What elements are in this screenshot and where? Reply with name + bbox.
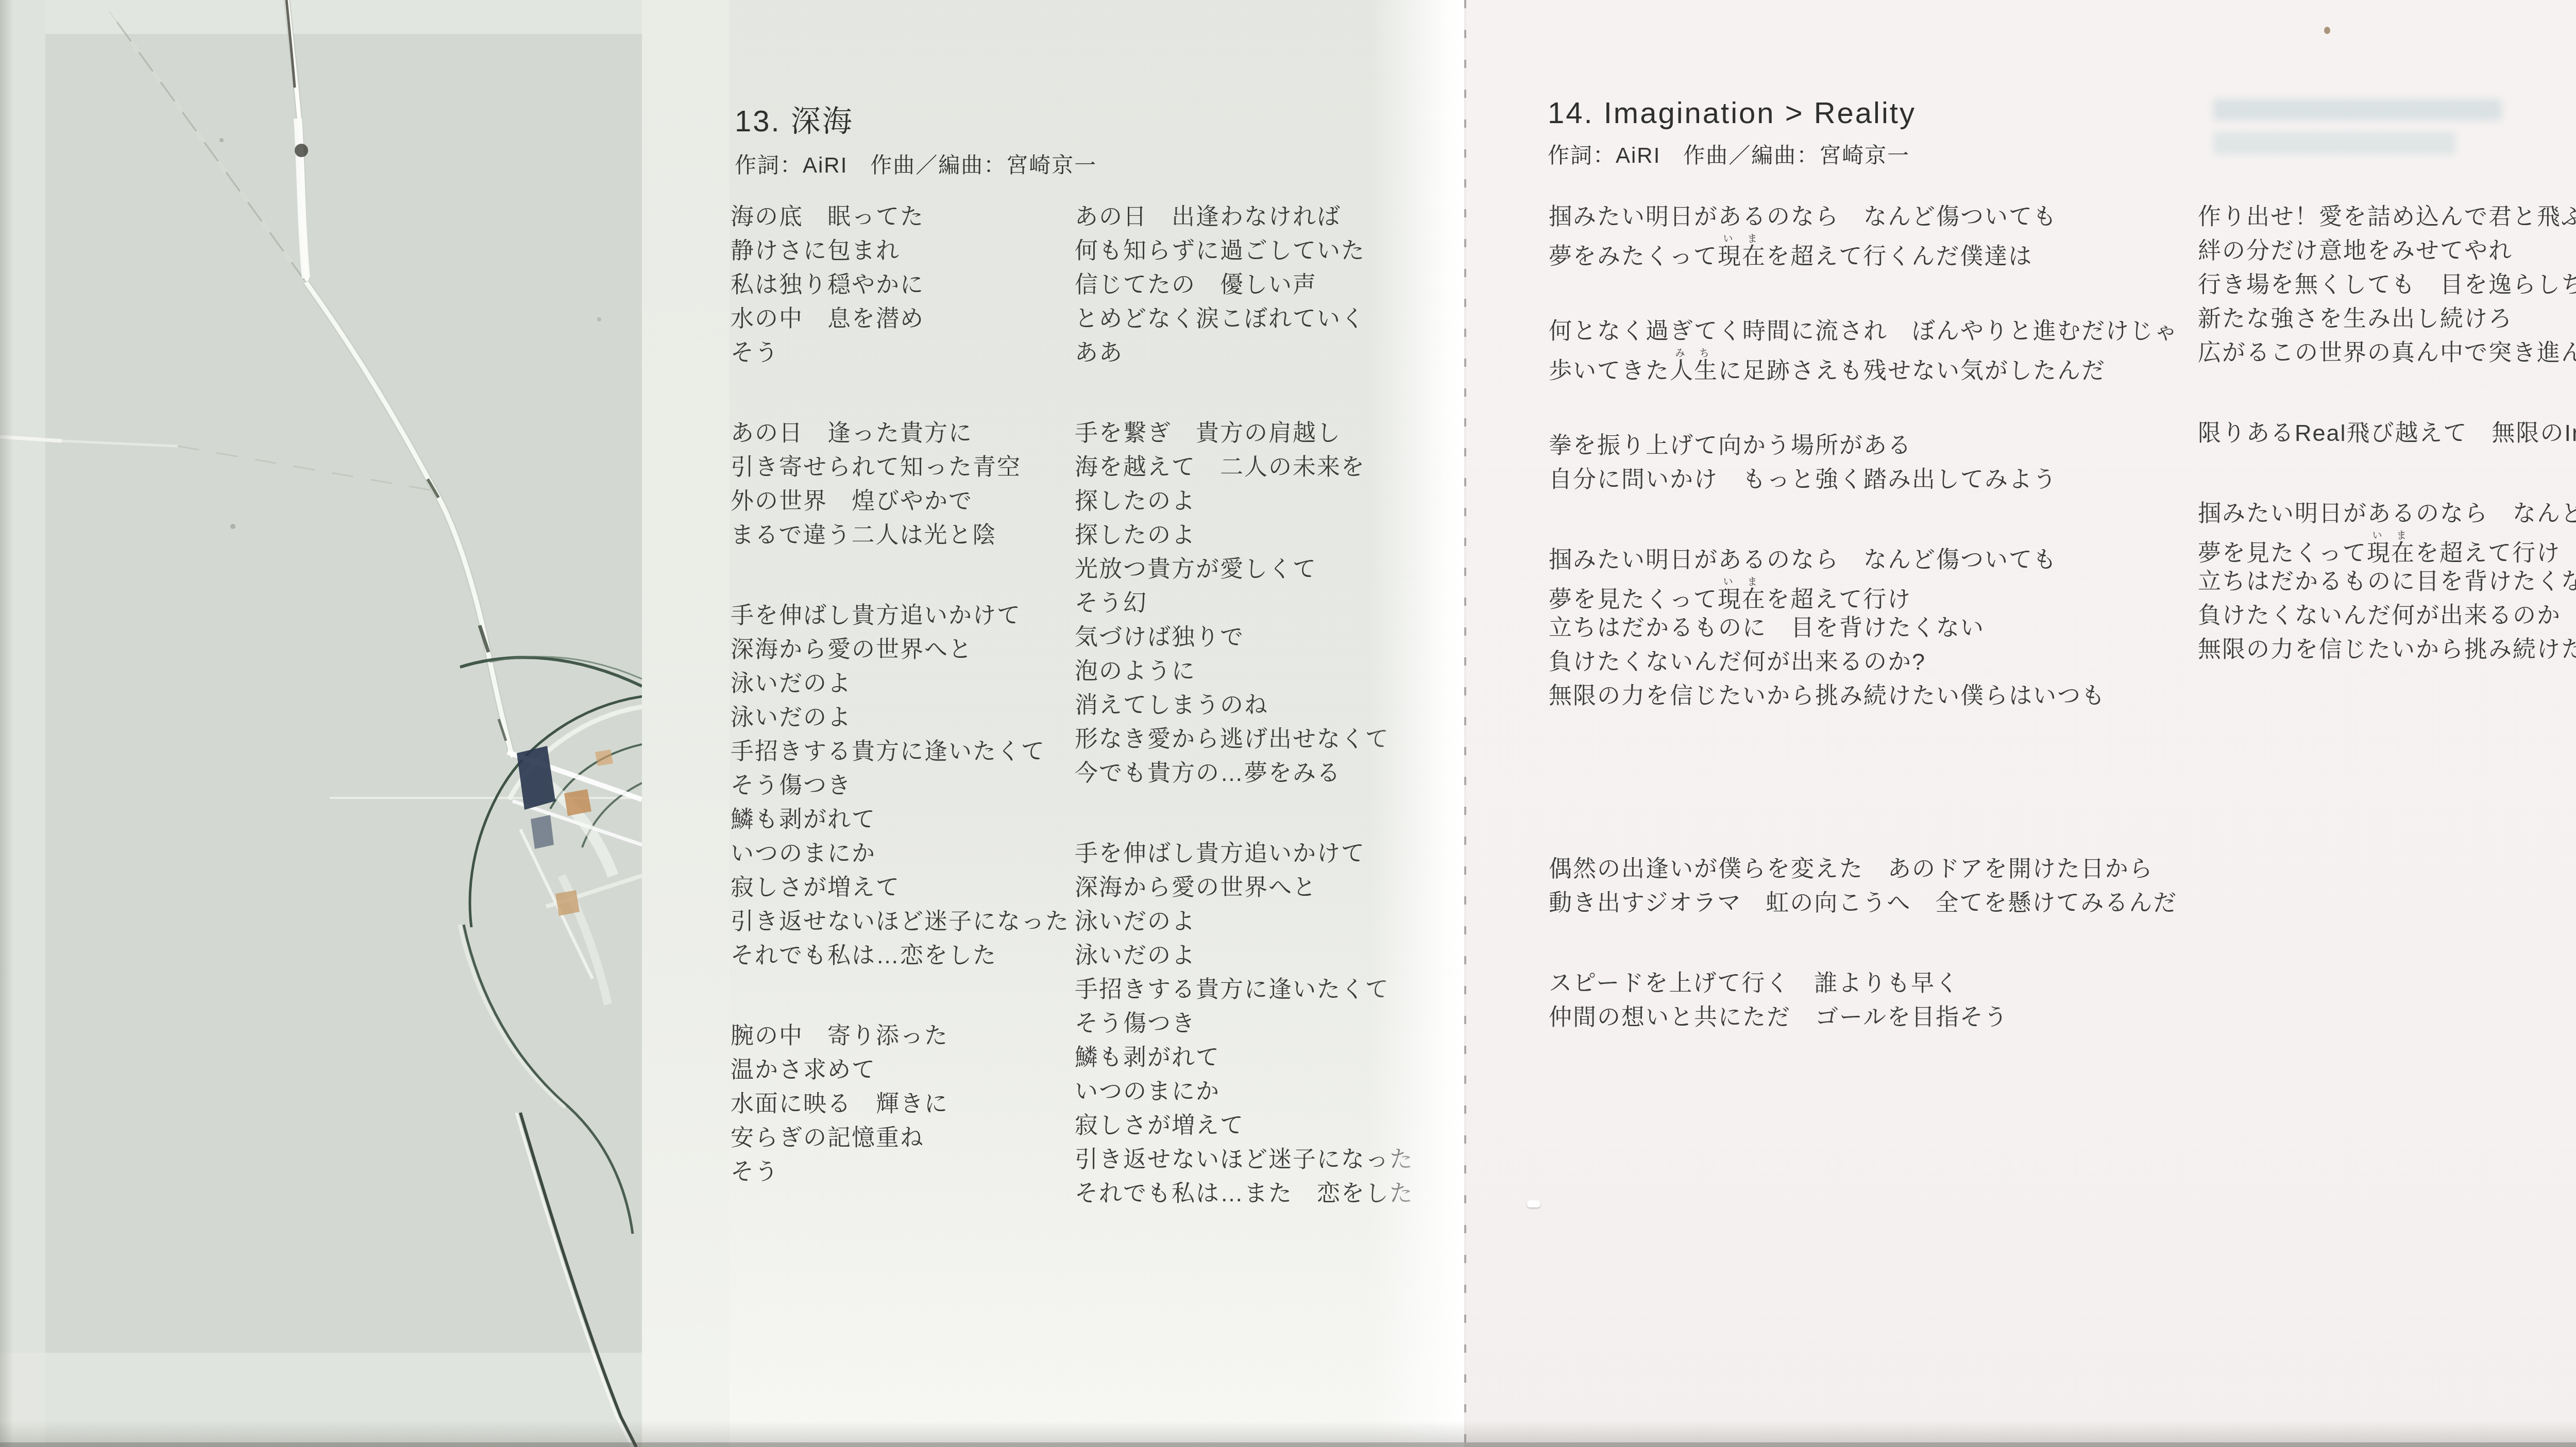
lyric-line: 立ちはだかるものに 目を背けたくない bbox=[1549, 611, 2178, 645]
song14-header: 14. Imagination > Reality 作詞：AiRI 作曲／編曲：… bbox=[1548, 96, 1916, 169]
lyric-line: 消えてしまうのね bbox=[1075, 688, 1414, 722]
paper-nick bbox=[1527, 1200, 1540, 1207]
lyric-line: 形なき愛から逃げ出せなくて bbox=[1075, 722, 1414, 756]
lyric-line: そう幻 bbox=[1075, 586, 1414, 620]
song13-lyrics-column-1: 海の底 眠ってた静けさに包まれ私は独り穏やかに水の中 息を潜めそうあの日 逢った… bbox=[731, 200, 1070, 1189]
stanza-gap bbox=[1549, 268, 2178, 314]
lyric-line: ああ bbox=[1075, 336, 1414, 370]
lyric-line: 掴みたい明日があるのなら なんど傷ついても bbox=[1549, 200, 2178, 234]
lyric-line: 新たな強さを生み出し続けろ bbox=[2198, 302, 2576, 336]
lyric-line: 探したのよ bbox=[1075, 518, 1414, 552]
lyric-line: あの日 逢った貴方に bbox=[731, 416, 1070, 450]
stanza-gap bbox=[1549, 920, 2178, 966]
lyric-line: 鱗も剥がれて bbox=[731, 803, 1070, 837]
song14-credits: 作詞：AiRI 作曲／編曲：宮崎京一 bbox=[1548, 139, 1916, 169]
lyric-line: 無限の力を信じたいから挑み続けたい僕らはいつも bbox=[2198, 633, 2576, 667]
lyric-line: 海の底 眠ってた bbox=[731, 200, 1070, 234]
lyric-line: 手を繋ぎ 貴方の肩越し bbox=[1075, 416, 1414, 450]
lyric-line: 深海から愛の世界へと bbox=[731, 633, 1070, 667]
lyric-line: そう bbox=[731, 336, 1070, 370]
lyric-line: 静けさに包まれ bbox=[731, 234, 1070, 268]
right-page: 14. Imagination > Reality 作詞：AiRI 作曲／編曲：… bbox=[1466, 0, 2576, 1447]
lyric-line: それでも私は…また 恋をした bbox=[1075, 1177, 1414, 1211]
stanza-gap bbox=[1549, 713, 2178, 759]
lyric-line: 泡のように bbox=[1075, 654, 1414, 688]
song13-header: 13. 深海 作詞：AiRI 作曲／編曲：宮崎京一 bbox=[735, 97, 1097, 179]
lyric-line: 広がるこの世界の真ん中で突き進んで行け輝く明日へ bbox=[2198, 336, 2576, 370]
stanza-gap bbox=[2198, 450, 2576, 497]
lyric-line: 何も知らずに過ごしていた bbox=[1075, 234, 1414, 268]
lyric-line: まるで違う二人は光と陰 bbox=[731, 518, 1070, 552]
lyric-line: 何となく過ぎてく時間に流され ぼんやりと進むだけじゃ bbox=[1549, 314, 2178, 348]
lyric-line: 寂しさが増えて bbox=[1075, 1109, 1414, 1143]
song13-credits: 作詞：AiRI 作曲／編曲：宮崎京一 bbox=[735, 148, 1097, 179]
lyric-line: 引き返せないほど迷子になった bbox=[731, 905, 1070, 939]
booklet-scan: { "booklet": { "left_page": { "song": { … bbox=[0, 0, 2576, 1447]
lyric-line: 今でも貴方の…夢をみる bbox=[1075, 756, 1414, 790]
lyric-line: 海を越えて 二人の未来を bbox=[1075, 450, 1414, 484]
print-showthrough-ghost bbox=[2213, 132, 2455, 155]
lyric-line: 負けたくないんだ何が出来るのか bbox=[2198, 599, 2576, 633]
lyric-line: 鱗も剥がれて bbox=[1075, 1041, 1414, 1075]
lyric-line: あの日 出逢わなければ bbox=[1075, 200, 1414, 234]
photo-right-band bbox=[642, 0, 730, 1447]
stanza-gap bbox=[1075, 790, 1414, 837]
lyric-line: 手を伸ばし貴方追いかけて bbox=[731, 599, 1070, 633]
lyric-line: いつのまにか bbox=[731, 837, 1070, 871]
lyric-line: 水面に映る 輝きに bbox=[731, 1087, 1070, 1121]
lyric-line: 歩いてきた人生みちに足跡さえも残せない気がしたんだ bbox=[1549, 348, 2178, 382]
lyric-line: 拳を振り上げて向かう場所がある bbox=[1549, 429, 2178, 463]
lyric-line: 手を伸ばし貴方追いかけて bbox=[1075, 837, 1414, 871]
lyric-line: 外の世界 煌びやかで bbox=[731, 484, 1070, 518]
lyric-line: 泳いだのよ bbox=[1075, 939, 1414, 973]
stanza-gap bbox=[1549, 806, 2178, 852]
lyric-line: 掴みたい明日があるのなら なんど傷ついても bbox=[2198, 497, 2576, 531]
stanza-gap bbox=[731, 973, 1070, 1019]
left-page: 13. 深海 作詞：AiRI 作曲／編曲：宮崎京一 海の底 眠ってた静けさに包ま… bbox=[0, 0, 1443, 1447]
lyric-line: 掴みたい明日があるのなら なんど傷ついても bbox=[1549, 543, 2178, 577]
lyric-line: 泳いだのよ bbox=[731, 701, 1070, 735]
lyric-line: そう bbox=[731, 1155, 1070, 1189]
song14-title: 14. Imagination > Reality bbox=[1548, 96, 1916, 130]
stanza-gap bbox=[2198, 370, 2576, 416]
lyric-line: 絆の分だけ意地をみせてやれ bbox=[2198, 234, 2576, 268]
lyric-line: 泳いだのよ bbox=[731, 667, 1070, 701]
lyric-line: 作り出せ！愛を詰め込んで君と飛ぶ力を bbox=[2198, 200, 2576, 234]
song13-title: 13. 深海 bbox=[735, 97, 1097, 140]
lyric-line: 無限の力を信じたいから挑み続けたい僕らはいつも bbox=[1549, 679, 2178, 713]
stanza-gap bbox=[731, 370, 1070, 416]
lyric-line: 立ちはだかるものに目を背けたくない bbox=[2198, 565, 2576, 599]
song14-lyrics-column-2: 作り出せ！愛を詰め込んで君と飛ぶ力を絆の分だけ意地をみせてやれ行き場を無くしても… bbox=[2198, 200, 2576, 667]
lyric-line: 探したのよ bbox=[1075, 484, 1414, 518]
lyric-line: 安らぎの記憶重ね bbox=[731, 1121, 1070, 1155]
gutter-highlight bbox=[1370, 0, 1464, 1447]
lyric-line: 温かさ求めて bbox=[731, 1053, 1070, 1087]
stanza-gap bbox=[1075, 370, 1414, 416]
cracked-glass-artwork bbox=[0, 0, 642, 1447]
song13-lyrics-column-2: あの日 出逢わなければ何も知らずに過ごしていた信じてたの 優しい声とめどなく涙こ… bbox=[1075, 200, 1414, 1211]
lyric-line: 動き出すジオラマ 虹の向こうへ 全てを懸けてみるんだ bbox=[1549, 886, 2178, 920]
lyric-line: 信じてたの 優しい声 bbox=[1075, 268, 1414, 302]
lyric-line: 自分に問いかけ もっと強く踏み出してみよう bbox=[1549, 463, 2178, 497]
lyric-line: 夢をみたくって現在いまを超えて行くんだ僕達は bbox=[1549, 234, 2178, 268]
stanza-gap bbox=[1549, 759, 2178, 806]
lyric-line: 水の中 息を潜め bbox=[731, 302, 1070, 336]
lyric-line: そう傷つき bbox=[1075, 1007, 1414, 1041]
bottom-edge-line bbox=[0, 1442, 2576, 1447]
lyric-line: 夢を見たくって現在いまを超えて行け bbox=[1549, 577, 2178, 611]
stanza-gap bbox=[731, 552, 1070, 599]
lyric-line: 深海から愛の世界へと bbox=[1075, 871, 1414, 905]
lyric-line: 限りあるReal飛び越えて 無限のImageのその先へ bbox=[2198, 416, 2576, 450]
lyric-line: 腕の中 寄り添った bbox=[731, 1019, 1070, 1053]
lyric-line: 夢を見たくって現在いまを超えて行け bbox=[2198, 531, 2576, 565]
lyric-line: 手招きする貴方に逢いたくて bbox=[1075, 973, 1414, 1007]
stanza-gap bbox=[1549, 497, 2178, 543]
lyric-line: 行き場を無くしても 目を逸らしちゃダメさ bbox=[2198, 268, 2576, 302]
lyric-line: そう傷つき bbox=[731, 769, 1070, 803]
lyric-line: 寂しさが増えて bbox=[731, 871, 1070, 905]
lyric-line: スピードを上げて行く 誰よりも早く bbox=[1549, 966, 2178, 1000]
lyric-line: 偶然の出逢いが僕らを変えた あのドアを開けた日から bbox=[1549, 852, 2178, 886]
lyric-line: 仲間の想いと共にただ ゴールを目指そう bbox=[1549, 1000, 2178, 1034]
lyric-line: 引き返せないほど迷子になった bbox=[1075, 1143, 1414, 1177]
lyric-line: 光放つ貴方が愛しくて bbox=[1075, 552, 1414, 586]
lyric-line: 泳いだのよ bbox=[1075, 905, 1414, 939]
lyric-line: 引き寄せられて知った青空 bbox=[731, 450, 1070, 484]
lyric-line: いつのまにか bbox=[1075, 1075, 1414, 1109]
paper-speck bbox=[2324, 27, 2330, 34]
lyric-line: 私は独り穏やかに bbox=[731, 268, 1070, 302]
song14-lyrics-column-1: 掴みたい明日があるのなら なんど傷ついても夢をみたくって現在いまを超えて行くんだ… bbox=[1549, 200, 2178, 1034]
lyric-line: 手招きする貴方に逢いたくて bbox=[731, 735, 1070, 769]
lyric-line: それでも私は…恋をした bbox=[731, 939, 1070, 973]
lyric-line: とめどなく涙こぼれていく bbox=[1075, 302, 1414, 336]
lyric-line: 気づけば独りで bbox=[1075, 620, 1414, 654]
print-showthrough-ghost bbox=[2213, 99, 2502, 121]
left-page-edge bbox=[0, 0, 13, 1447]
stanza-gap bbox=[1549, 382, 2178, 429]
lyric-line: 負けたくないんだ何が出来るのか? bbox=[1549, 645, 2178, 679]
